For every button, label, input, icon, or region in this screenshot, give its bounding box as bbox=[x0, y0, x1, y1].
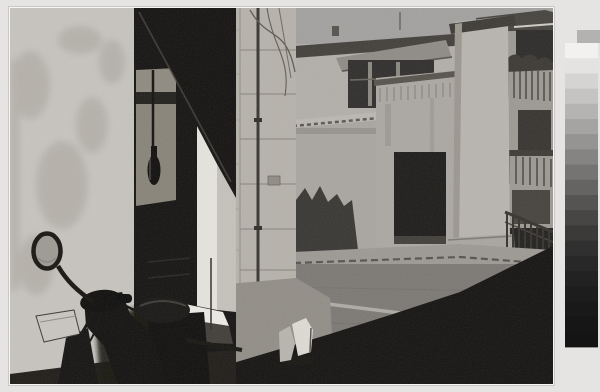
wedge-tab bbox=[577, 30, 600, 43]
wedge-step-12 bbox=[565, 210, 598, 226]
wedge-step-8 bbox=[565, 149, 598, 165]
film-grain bbox=[10, 8, 553, 384]
wedge-step-11 bbox=[565, 195, 598, 211]
wedge-step-16 bbox=[565, 271, 598, 287]
wedge-step-14 bbox=[565, 241, 598, 257]
wedge-step-9 bbox=[565, 165, 598, 181]
wedge-step-4 bbox=[565, 89, 598, 105]
wedge-step-18 bbox=[565, 301, 598, 317]
wedge-step-7 bbox=[565, 134, 598, 150]
wedge-step-3 bbox=[565, 73, 598, 89]
wedge-step-13 bbox=[565, 225, 598, 241]
wedge-step-20 bbox=[565, 332, 598, 348]
photograph-scene bbox=[0, 0, 600, 392]
wedge-step-10 bbox=[565, 180, 598, 196]
scanned-photo-page bbox=[0, 0, 600, 392]
wedge-step-2 bbox=[565, 58, 598, 74]
wedge-step-1 bbox=[565, 43, 598, 59]
wedge-step-19 bbox=[565, 317, 598, 333]
wedge-step-5 bbox=[565, 104, 598, 120]
wedge-step-15 bbox=[565, 256, 598, 272]
wedge-step-6 bbox=[565, 119, 598, 135]
wedge-step-17 bbox=[565, 286, 598, 302]
grayscale-step-wedge bbox=[565, 30, 600, 347]
photo-content bbox=[10, 8, 553, 384]
